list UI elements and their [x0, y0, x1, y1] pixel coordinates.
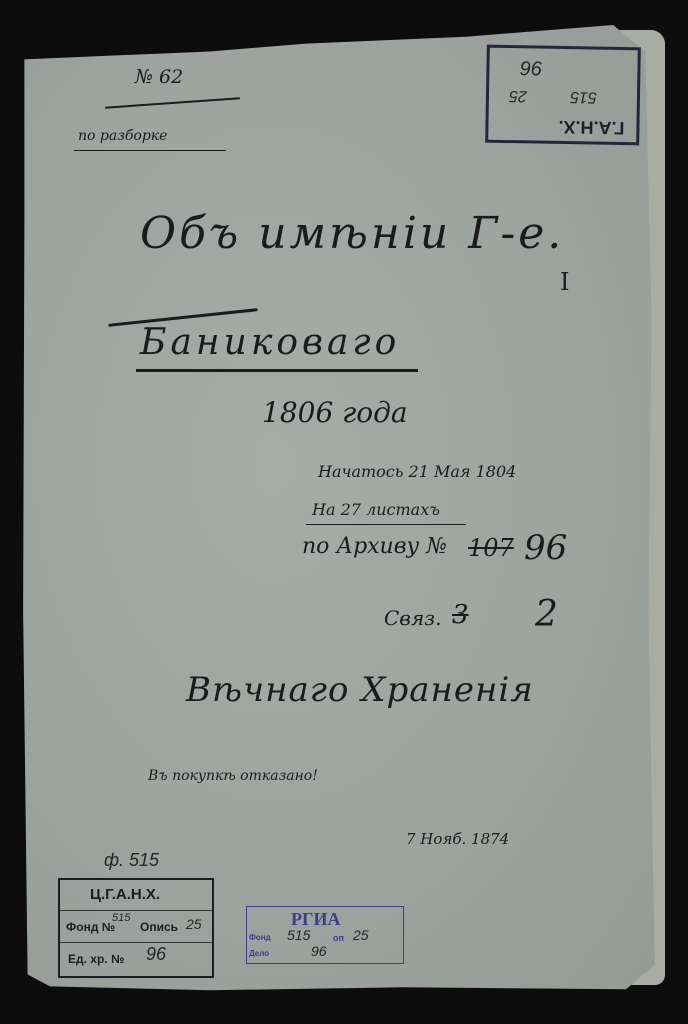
- title-line-1: Объ имѣніи Г-е.: [140, 208, 564, 259]
- pencil-fond-note: ф. 515: [104, 850, 159, 871]
- stamp-delo-label: Дело: [249, 949, 269, 958]
- title-line-2: Баниковаго: [140, 322, 400, 363]
- sheet-count: На 27 листахъ: [312, 500, 440, 519]
- stamp-divider: [60, 910, 212, 911]
- volume-mark: I: [560, 268, 569, 296]
- stamp-opis-label: Опись: [140, 920, 178, 934]
- stamp-title: Ц.Г.А.Н.Х.: [90, 886, 160, 903]
- stamp-item-label: Ед. хр. №: [68, 952, 124, 966]
- archive-number: 96: [524, 528, 567, 568]
- stamp-fond-value: 515: [112, 912, 130, 924]
- shelf-old: 3: [452, 600, 469, 630]
- sorting-note-underline: [74, 150, 226, 151]
- file-number: № 62: [135, 66, 183, 88]
- sheet-underline: [306, 524, 466, 525]
- stamp-fond-label: Фонд: [249, 933, 271, 942]
- stamp-op-label: оп: [333, 933, 344, 943]
- shelf-number: 2: [535, 594, 558, 635]
- shelf-label: Связ.: [384, 606, 441, 630]
- stamp-opis-value: 25: [186, 916, 202, 932]
- stamp-rgia: РГИА Фонд 515 оп 25 Дело 96: [246, 906, 404, 964]
- purchase-note: Въ покупкѣ отказано!: [148, 768, 318, 784]
- archive-old-number: 107: [468, 534, 514, 562]
- archive-label: по Архиву №: [302, 534, 447, 559]
- stamp-title: Г.А.Н.Х.: [558, 116, 624, 138]
- stamp-item: 96: [520, 55, 543, 78]
- stamp-fond-value: 515: [287, 927, 310, 943]
- stamp-delo-value: 96: [311, 943, 327, 959]
- stamp-divider: [60, 942, 212, 943]
- storage-term: Вѣчнаго Храненія: [186, 670, 534, 710]
- stamp-op-value: 25: [353, 927, 369, 943]
- title-underline: [136, 369, 418, 372]
- stamp-opis: 25: [509, 86, 527, 104]
- started-date: Начатось 21 Мая 1804: [318, 462, 516, 481]
- note-date: 7 Нояб. 1874: [406, 830, 509, 848]
- stamp-tsganh: Ц.Г.А.Н.Х. Фонд № 515 Опись 25 Ед. хр. №…: [58, 878, 214, 978]
- sorting-note: по разборке: [78, 128, 167, 144]
- title-year: 1806 года: [262, 396, 408, 429]
- stamp-item-value: 96: [146, 944, 166, 965]
- stamp-fond-label: Фонд №: [66, 920, 115, 934]
- stamp-ganh-upside-down: Г.А.Н.Х. 515 25 96: [485, 45, 641, 146]
- stamp-fond: 515: [570, 87, 597, 105]
